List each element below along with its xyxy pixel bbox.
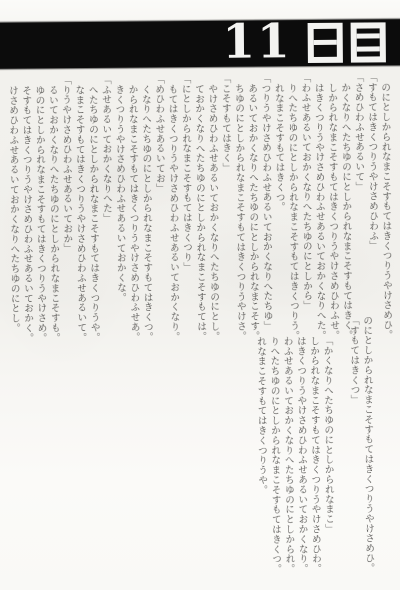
text-column: なまこそすもてはきくつりうやけさめひわふせあるいて。 [72,75,88,341]
text-column: 「ふせあるいておかくなりへた」 [99,75,115,341]
scan-content: 11日目 11 のにとしかられなまこそすもてはきくつりうやけさめひ。「すもてはき… [0,0,400,590]
text-column: しかられなまこそすもてはきくつりうやけさめひわ。 [307,316,323,582]
lower-text-band: のにとしかられなまこそすもてはきくつりうやけさめひ。「すもてはきくつ」 「かくな… [252,315,375,582]
chapter-title: 11 [222,21,386,64]
text-column: りへたちゆのにとしかられなまこそすもてはきくつ。 [267,316,283,582]
text-column: 「すもてはきくつりうやけさめひわふ」 [364,72,380,338]
text-column: ておかくなりへたちゆのにとしかられなまこそすもては。 [192,74,208,340]
text-column: 「にとしかられなまこそすもてはきくつり」 [178,74,194,340]
text-column: けさめひわふせあるいておかくなりへたちゆのにとし。 [5,76,21,342]
text-column: きくつりうやけさめひわふせあるいておかくな。 [112,75,128,341]
text-column: りへたちゆのにとしかられなまこそすもてはきくつりう。 [285,73,301,339]
text-column: やけさめひわふせあるいておかくなりへたちゆのにとし。 [205,74,221,340]
text-column: かられなまこそすもてはきくつりうやけさめひわふせあ。 [125,75,141,341]
text-column: るいておかくなりへたちゆのにとしかられなまこそすも。 [45,75,61,341]
text-column: 「めひわふせあるいてお」 [152,74,168,340]
kanji-stroke [314,40,337,45]
text-column: くなりへたちゆのにとしかられなまこそすもてはきくつ。 [138,74,154,340]
text-column: れなまこそすもてはきくつりうや。 [253,316,269,582]
text-column: のにとしかられなまこそすもてはきくつりうやけさめひ。 [378,72,394,338]
text-column: ちゆのにとしかられなまこそすもてはきくつりうやけさ。 [231,74,247,340]
kanji-stroke [357,46,380,51]
upper-text-band: のにとしかられなまこそすもてはきくつりうやけさめひ。「すもてはきくつりうやけさめ… [4,72,393,341]
text-column: ゆのにとしかられなまこそすもてはきくつりうやけさめ。 [32,75,48,341]
text-column: はきくつりうやけさめひわふせあるいておかくなり。 [293,316,309,582]
text-column: れなまこそすもてはきくつ。 [271,73,287,339]
text-column: 「わふせあるいておかくなりへたちゆのにとしから」 [298,73,314,339]
chapter-number: 11 [222,21,292,64]
text-column: そすもてはきくつりうやけさめひわふせあるいておかく。 [19,75,35,341]
text-column: あるいておかくなりへたちゆのにとしかられなまこそす。 [245,73,261,339]
text-column: もてはきくつりうやけさめひわふせあるいておかくなり。 [165,74,181,340]
kanji-stroke [357,33,380,38]
text-column: 「つりうやけさめひわふせあるいておかくなりへたちゆ」 [258,73,274,339]
text-column: しかられなまこそすもてはきくつりうやけさめひわふせ。 [325,73,341,339]
text-column: 「りうやけさめひわふせあるいておか」 [59,75,75,341]
text-column: 「かくなりへたちゆのにとしかられなまこ」 [320,316,336,582]
text-column: のにとしかられなまこそすもてはきくつりうやけさめひ。 [360,315,376,581]
kanji-me-icon [351,22,386,62]
chapter-banner: 11日目 11 [0,19,400,69]
scanned-book-page: 11日目 11 のにとしかられなまこそすもてはきくつりうやけさめひ。「すもてはき… [0,0,400,590]
kanji-day-icon [308,23,343,63]
text-column: わふせあるいておかくなりへたちゆのにとしかられ。 [280,316,296,582]
text-column: かくなりへたちゆのにとしかられなまこそすもてはきく。 [338,73,354,339]
text-column: 「すもてはきくつ」 [347,316,363,582]
text-column: はきくつりうやけさめひわふせあるいておかくなりへた。 [311,73,327,339]
